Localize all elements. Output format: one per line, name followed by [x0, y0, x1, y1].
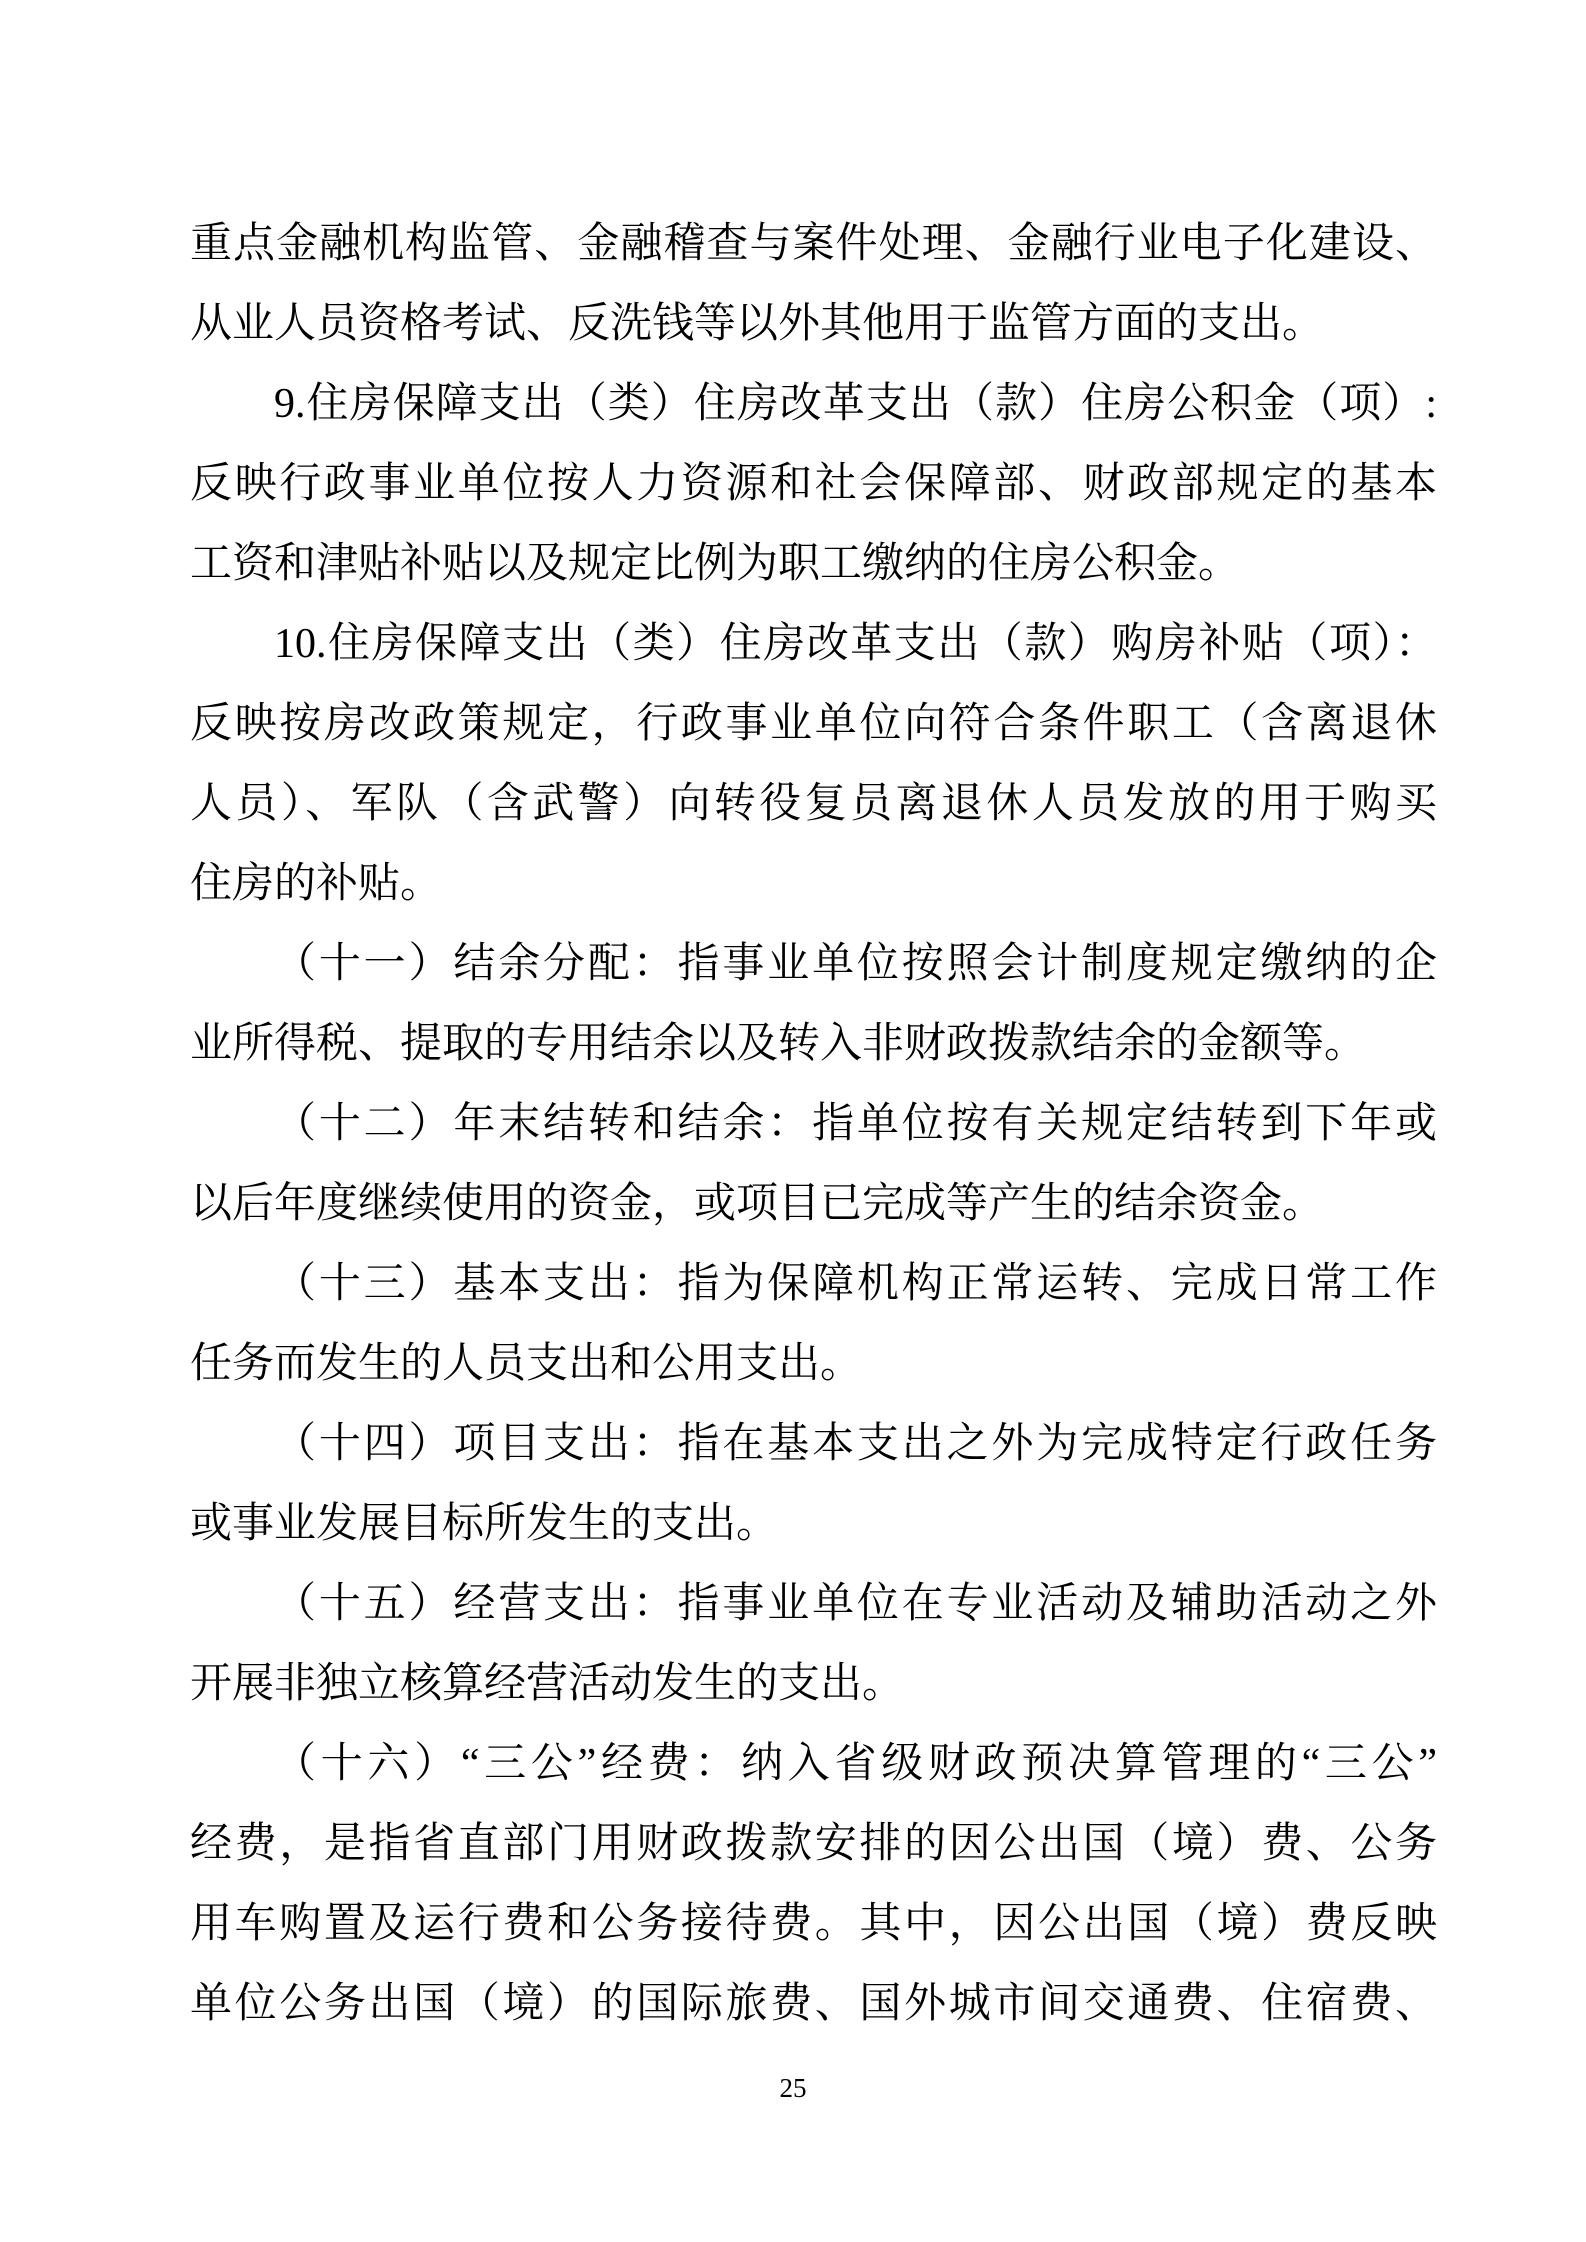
document-page: 重点金融机构监管、金融稽查与案件处理、金融行业电子化建设、 从业人员资格考试、反…	[0, 0, 1586, 2242]
text-line: 业所得税、提取的专用结余以及转入非财政拨款结余的金额等。	[190, 1004, 1437, 1084]
text-line: 人员）、军队（含武警）向转役复员离退休人员发放的用于购买	[190, 764, 1437, 844]
text-line: 重点金融机构监管、金融稽查与案件处理、金融行业电子化建设、	[190, 204, 1437, 284]
document-body: 重点金融机构监管、金融稽查与案件处理、金融行业电子化建设、 从业人员资格考试、反…	[190, 204, 1437, 2044]
page-number: 25	[0, 2072, 1586, 2104]
text-line: （十三）基本支出：指为保障机构正常运转、完成日常工作	[190, 1244, 1437, 1324]
text-line: 单位公务出国（境）的国际旅费、国外城市间交通费、住宿费、	[190, 1964, 1437, 2044]
text-line: 从业人员资格考试、反洗钱等以外其他用于监管方面的支出。	[190, 284, 1437, 364]
text-line: 任务而发生的人员支出和公用支出。	[190, 1324, 1437, 1404]
text-line: 经费，是指省直部门用财政拨款安排的因公出国（境）费、公务	[190, 1804, 1437, 1884]
text-line: 住房的补贴。	[190, 844, 1437, 924]
text-line: （十六）“三公”经费：纳入省级财政预决算管理的“三公”	[190, 1724, 1437, 1804]
text-line: （十五）经营支出：指事业单位在专业活动及辅助活动之外	[190, 1564, 1437, 1644]
text-line: 用车购置及运行费和公务接待费。其中，因公出国（境）费反映	[190, 1884, 1437, 1964]
text-line: 以后年度继续使用的资金，或项目已完成等产生的结余资金。	[190, 1164, 1437, 1244]
text-line: 工资和津贴补贴以及规定比例为职工缴纳的住房公积金。	[190, 524, 1437, 604]
text-line: （十二）年末结转和结余：指单位按有关规定结转到下年或	[190, 1084, 1437, 1164]
text-line: 开展非独立核算经营活动发生的支出。	[190, 1644, 1437, 1724]
text-line: 或事业发展目标所发生的支出。	[190, 1484, 1437, 1564]
text-line: （十四）项目支出：指在基本支出之外为完成特定行政任务	[190, 1404, 1437, 1484]
text-line: （十一）结余分配：指事业单位按照会计制度规定缴纳的企	[190, 924, 1437, 1004]
text-line: 9.住房保障支出（类）住房改革支出（款）住房公积金（项）:	[190, 364, 1437, 444]
text-line: 10.住房保障支出（类）住房改革支出（款）购房补贴（项）：	[190, 604, 1437, 684]
text-line: 反映行政事业单位按人力资源和社会保障部、财政部规定的基本	[190, 444, 1437, 524]
text-line: 反映按房改政策规定，行政事业单位向符合条件职工（含离退休	[190, 684, 1437, 764]
